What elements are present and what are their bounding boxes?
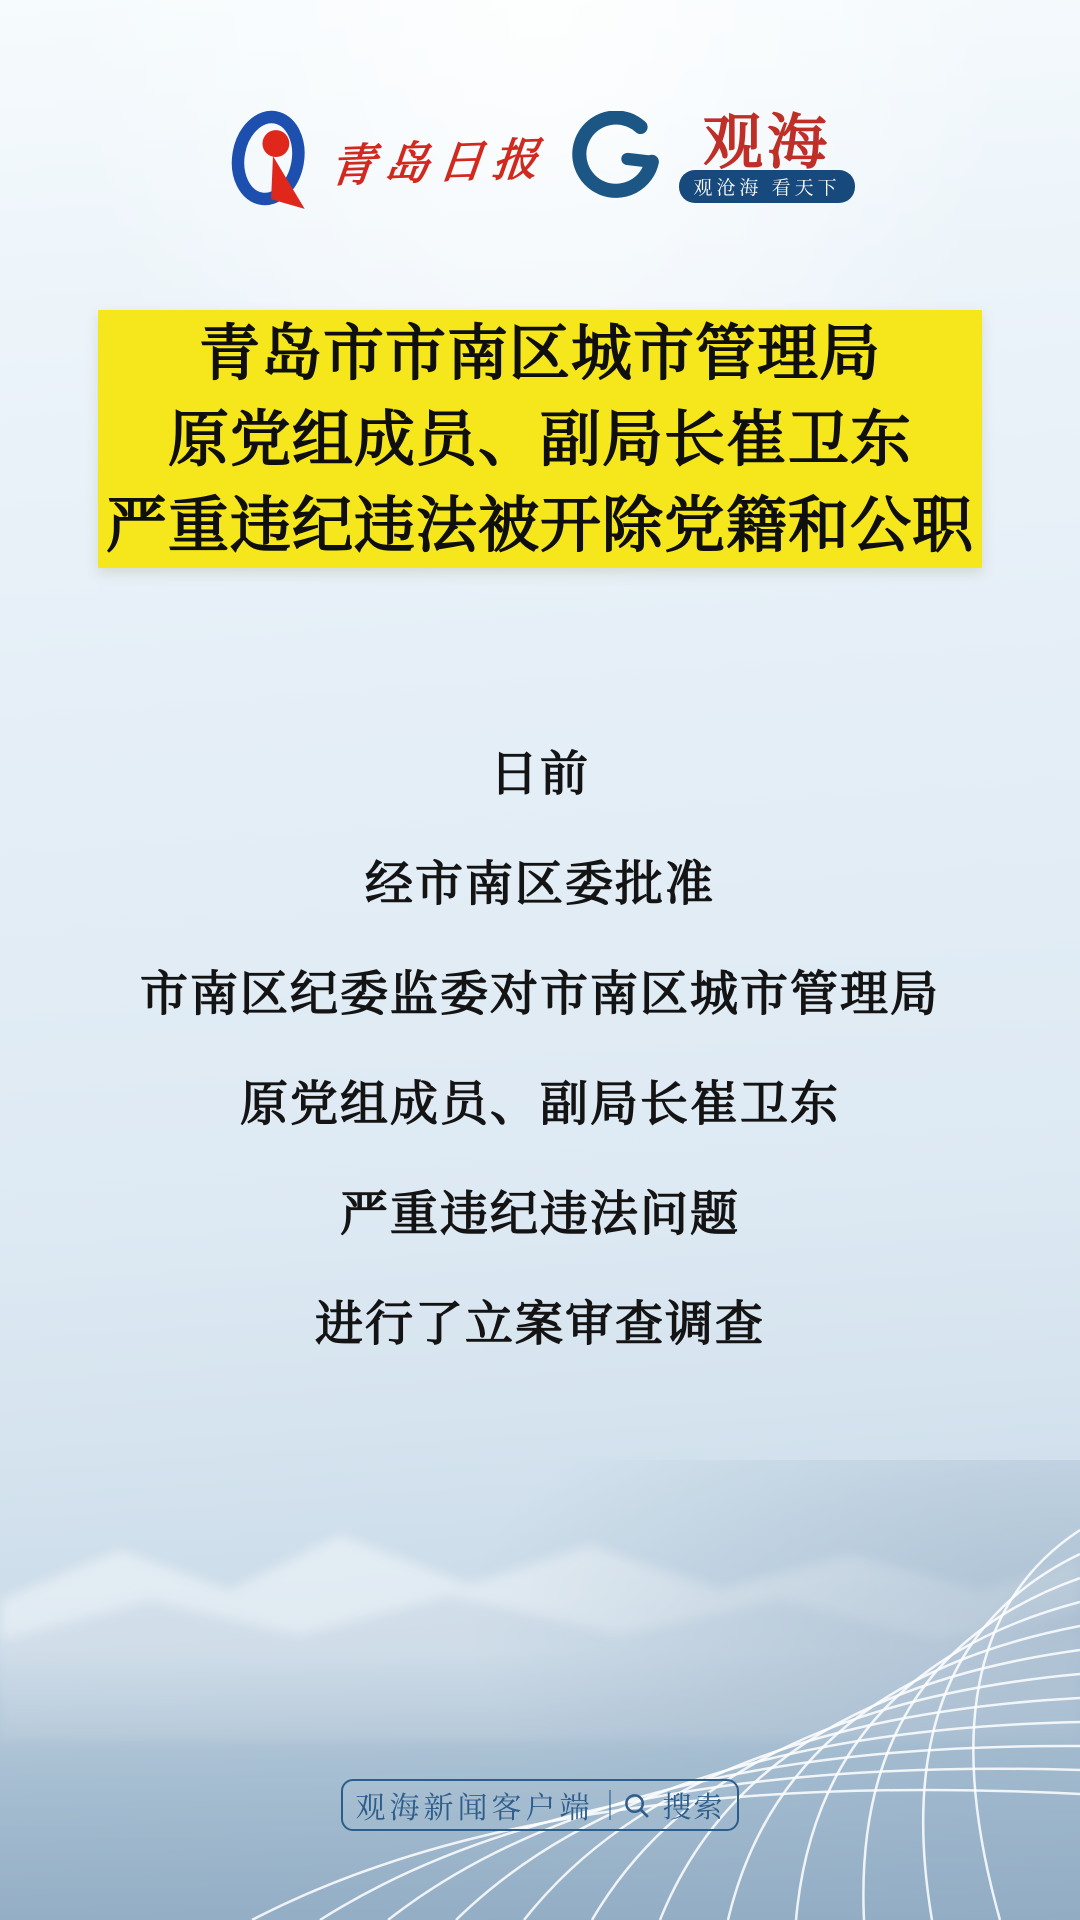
- page-background: 青岛日报 观海 观沧海 看天下 青岛市市南区城市管理局 原党组成员、副局长崔卫东…: [0, 0, 1080, 1920]
- body-line-2: 经市南区委批准: [0, 824, 1080, 934]
- body-line-6: 进行了立案审查调查: [0, 1264, 1080, 1374]
- headline-line-1: 青岛市市南区城市管理局: [98, 310, 982, 396]
- headline-banner: 青岛市市南区城市管理局 原党组成员、副局长崔卫东 严重违纪违法被开除党籍和公职: [98, 310, 982, 568]
- body-line-5: 严重违纪违法问题: [0, 1154, 1080, 1264]
- search-label: 搜索: [662, 1785, 724, 1826]
- app-name-label: 观海新闻客户端: [355, 1783, 593, 1827]
- mountain-watermark: [0, 1440, 1080, 1740]
- wave-lines-decoration: [0, 1500, 1080, 1920]
- footer-search-bar[interactable]: 观海新闻客户端 搜索: [341, 1779, 739, 1831]
- qingdao-daily-logo: 青岛日报: [225, 103, 547, 213]
- body-line-4: 原党组成员、副局长崔卫东: [0, 1044, 1080, 1154]
- body-line-1: 日前: [0, 714, 1080, 824]
- search-icon: [623, 1792, 650, 1819]
- qingdao-daily-mark-icon: [225, 103, 321, 213]
- guanhai-logo: 观海 观沧海 看天下: [571, 111, 854, 205]
- headline-line-3: 严重违纪违法被开除党籍和公职: [98, 482, 982, 568]
- guanhai-wordmark: 观海: [703, 114, 831, 172]
- footer-divider: [609, 1790, 611, 1820]
- header-logos: 青岛日报 观海 观沧海 看天下: [0, 98, 1080, 218]
- guanhai-wordmark-stack: 观海 观沧海 看天下: [679, 114, 854, 203]
- guanhai-tagline-badge: 观沧海 看天下: [679, 170, 854, 203]
- body-line-3: 市南区纪委监委对市南区城市管理局: [0, 934, 1080, 1044]
- headline-line-2: 原党组成员、副局长崔卫东: [98, 396, 982, 482]
- sea-shade: [460, 1460, 1080, 1920]
- qingdao-daily-wordmark: 青岛日报: [327, 122, 551, 194]
- article-body: 日前 经市南区委批准 市南区纪委监委对市南区城市管理局 原党组成员、副局长崔卫东…: [0, 714, 1080, 1374]
- guanhai-g-icon: [571, 111, 665, 205]
